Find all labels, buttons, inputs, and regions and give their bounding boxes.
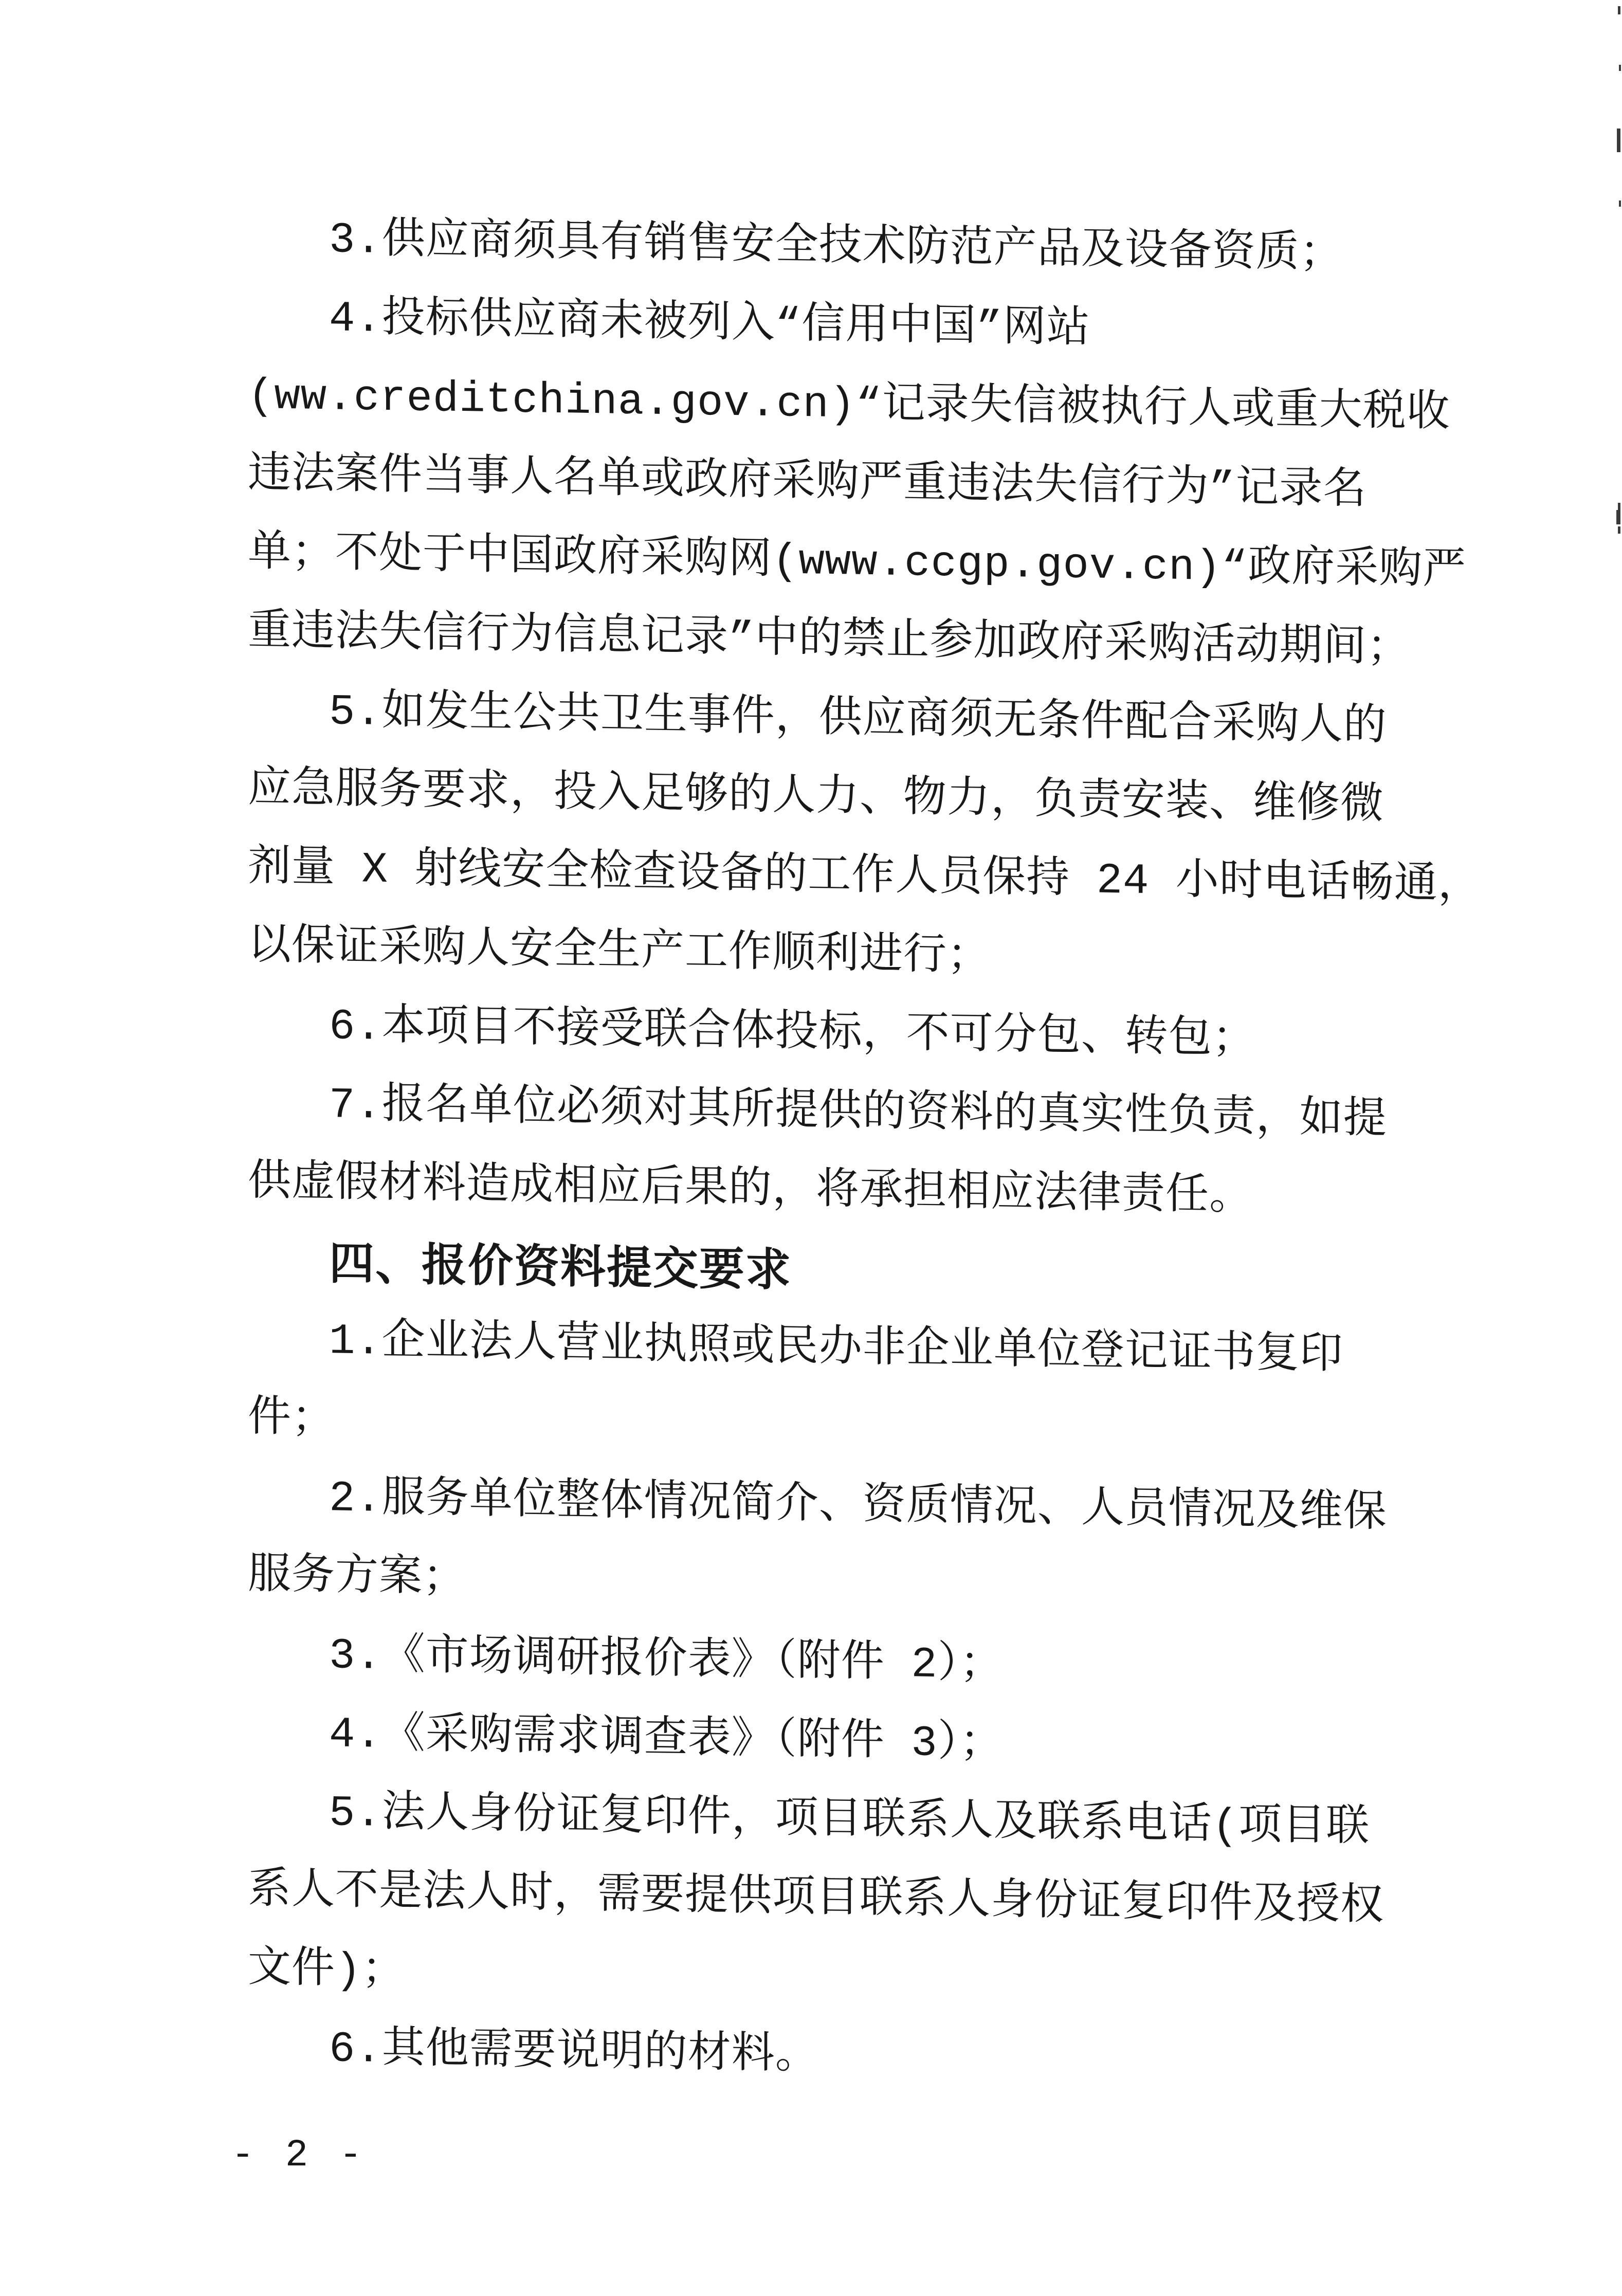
document-text-block: 3.供应商须具有销售安全技术防范产品及设备资质； 4.投标供应商未被列入“信用中… [248,200,1482,2106]
page-number: - 2 - [231,2122,366,2189]
scan-edge-artifact [1619,65,1621,71]
document-page: 3.供应商须具有销售安全技术防范产品及设备资质； 4.投标供应商未被列入“信用中… [0,0,1622,2296]
scan-edge-artifact [1617,129,1620,152]
scan-edge-artifact [1616,510,1620,524]
scan-edge-artifact [1618,526,1620,534]
scan-edge-artifact [1618,6,1620,14]
scan-edge-artifact [1618,503,1620,510]
scan-edge-artifact [1619,201,1621,207]
